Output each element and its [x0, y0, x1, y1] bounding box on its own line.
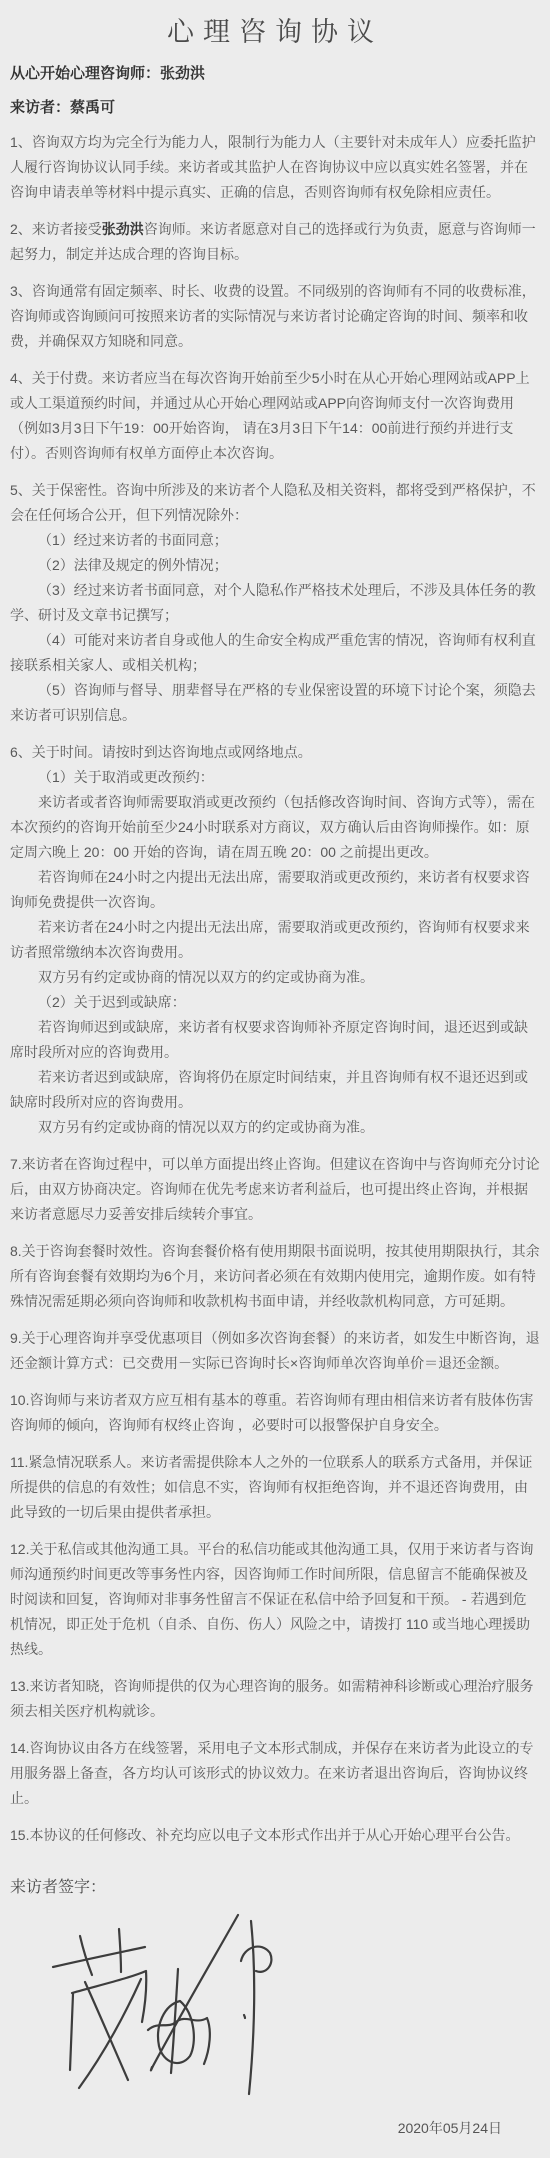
- clause-11: 11.紧急情况联系人。来访者需提供除本人之外的一位联系人的联系方式备用，并保证所…: [10, 1450, 540, 1525]
- clause-5-item-2: （2）法律及规定的例外情况；: [10, 553, 540, 578]
- clause-5-item-1: （1）经过来访者的书面同意；: [10, 528, 540, 553]
- signature-label: 来访者签字：: [10, 1874, 540, 1897]
- signature-date: 2020年05月24日: [10, 2118, 540, 2138]
- clause-2-counselor-name: 张劲洪: [102, 221, 144, 237]
- clause-5-intro: 5、关于保密性。咨询中所涉及的来访者个人隐私及相关资料，都将受到严格保护，不会在…: [10, 478, 540, 528]
- clause-9: 9.关于心理咨询并享受优惠项目（例如多次咨询套餐）的来访者，如发生中断咨询，退还…: [10, 1326, 540, 1376]
- clause-12: 12.关于私信或其他沟通工具。平台的私信功能或其他沟通工具，仅用于来访者与咨询师…: [10, 1537, 540, 1662]
- clause-8: 8.关于咨询套餐时效性。咨询套餐价格有使用期限书面说明，按其使用期限执行，其余所…: [10, 1239, 540, 1314]
- clause-10: 10.咨询师与来访者双方应互相有基本的尊重。若咨询师有理由相信来访者有肢体伤害咨…: [10, 1388, 540, 1438]
- clause-6-sub2-para-1: 若咨询师迟到或缺席，来访者有权要求咨询师补齐原定咨询时间，退还迟到或缺席时段所对…: [10, 1015, 540, 1065]
- clause-5-item-4: （4）可能对来访者自身或他人的生命安全构成严重危害的情况，咨询师有权利直接联系相…: [10, 628, 540, 678]
- clause-6-sub2-title: （2）关于迟到或缺席：: [10, 990, 540, 1015]
- clause-5-item-5: （5）咨询师与督导、朋辈督导在严格的专业保密设置的环境下讨论个案，须隐去来访者可…: [10, 678, 540, 728]
- page-title: 心理咨询协议: [10, 10, 540, 49]
- clause-6-sub1-para-3: 若来访者在24小时之内提出无法出席，需要取消或更改预约，咨询师有权要求来访者照常…: [10, 915, 540, 965]
- clause-7: 7.来访者在咨询过程中，可以单方面提出终止咨询。但建议在咨询中与咨询师充分讨论后…: [10, 1152, 540, 1227]
- clause-6-sub1-para-2: 若咨询师在24小时之内提出无法出席，需要取消或更改预约，来访者有权要求咨询师免费…: [10, 865, 540, 915]
- clause-2: 2、来访者接受张劲洪咨询师。来访者愿意对自己的选择或行为负责，愿意与咨询师一起努…: [10, 217, 540, 267]
- clause-6-sub2-para-3: 双方另有约定或协商的情况以双方的约定或协商为准。: [10, 1115, 540, 1140]
- clause-6-intro: 6、关于时间。请按时到达咨询地点或网络地点。: [10, 740, 540, 765]
- clause-3: 3、咨询通常有固定频率、时长、收费的设置。不同级别的咨询师有不同的收费标准，咨询…: [10, 279, 540, 354]
- clause-2-pre: 2、来访者接受: [10, 221, 102, 237]
- handwritten-signature: [45, 1909, 280, 2114]
- document-page: 心理咨询协议 从心开始心理咨询师：张劲洪 来访者：蔡禹可 1、咨询双方均为完全行…: [0, 0, 550, 2158]
- clause-15: 15.本协议的任何修改、补充均应以电子文本形式作出并于从心开始心理平台公告。: [10, 1823, 540, 1848]
- clause-6-sub1-title: （1）关于取消或更改预约：: [10, 765, 540, 790]
- clause-6-sub2-para-2: 若来访者迟到或缺席，咨询将仍在原定时间结束，并且咨询师有权不退还迟到或缺席时段所…: [10, 1065, 540, 1115]
- clause-1: 1、咨询双方均为完全行为能力人，限制行为能力人（主要针对未成年人）应委托监护人履…: [10, 130, 540, 205]
- clause-5: 5、关于保密性。咨询中所涉及的来访者个人隐私及相关资料，都将受到严格保护，不会在…: [10, 478, 540, 728]
- clause-6-sub1-para-1: 来访者或者咨询师需要取消或更改预约（包括修改咨询时间、咨询方式等），需在本次预约…: [10, 790, 540, 865]
- clause-6: 6、关于时间。请按时到达咨询地点或网络地点。 （1）关于取消或更改预约： 来访者…: [10, 740, 540, 1140]
- clause-4: 4、关于付费。来访者应当在每次咨询开始前至少5小时在从心开始心理网站或APP上或…: [10, 366, 540, 466]
- visitor-line: 来访者：蔡禹可: [10, 96, 540, 117]
- clause-13: 13.来访者知晓，咨询师提供的仅为心理咨询的服务。如需精神科诊断或心理治疗服务须…: [10, 1674, 540, 1724]
- clause-5-item-3: （3）经过来访者书面同意，对个人隐私作严格技术处理后，不涉及具体任务的教学、研讨…: [10, 578, 540, 628]
- clause-6-sub1-para-4: 双方另有约定或协商的情况以双方的约定或协商为准。: [10, 965, 540, 990]
- counselor-line: 从心开始心理咨询师：张劲洪: [10, 62, 540, 83]
